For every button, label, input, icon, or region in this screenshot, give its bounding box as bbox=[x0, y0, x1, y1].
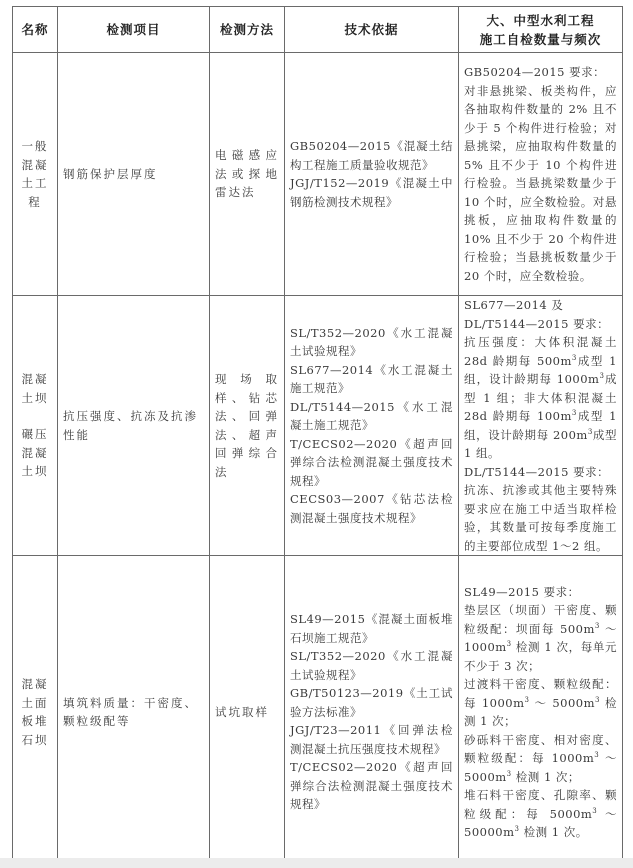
cell-technical-basis: SL/T352—2020《水工混凝土试验规程》 SL677—2014《水工混凝土… bbox=[285, 296, 459, 556]
table-row: 混凝 土坝 碾压 混凝 土坝 抗压强度、抗冻及抗渗性能 现场取样、钻芯法、回弹法… bbox=[13, 296, 623, 556]
cell-name: 混凝 土坝 碾压 混凝 土坝 bbox=[13, 296, 58, 556]
cell-technical-basis: SL49—2015《混凝土面板堆石坝施工规范》 SL/T352—2020《水工混… bbox=[285, 556, 459, 868]
header-frequency-line1: 大、中型水利工程 bbox=[464, 11, 617, 30]
cell-frequency: GB50204—2015 要求： 对非悬挑梁、板类构件，应各抽取构件数量的 2%… bbox=[459, 53, 623, 296]
cell-test-method: 电磁感应法或探地雷达法 bbox=[210, 53, 285, 296]
header-frequency-line2: 施工自检数量与频次 bbox=[464, 30, 617, 49]
cell-test-item: 抗压强度、抗冻及抗渗性能 bbox=[58, 296, 210, 556]
cell-technical-basis: GB50204—2015《混凝土结构工程施工质量验收规范》 JGJ/T152—2… bbox=[285, 53, 459, 296]
cell-test-item: 钢筋保护层厚度 bbox=[58, 53, 210, 296]
cell-frequency: SL49—2015 要求： 垫层区（坝面）干密度、颗粒级配：坝面每 500m3 … bbox=[459, 556, 623, 868]
header-technical-basis: 技术依据 bbox=[285, 7, 459, 53]
page-bottom-band bbox=[0, 858, 633, 868]
table-row: 混凝 土面 板堆 石坝 填筑料质量：干密度、颗粒级配等 试坑取样 SL49—20… bbox=[13, 556, 623, 868]
header-frequency: 大、中型水利工程 施工自检数量与频次 bbox=[459, 7, 623, 53]
cell-test-method: 现场取样、钻芯法、回弹法、超声回弹综合法 bbox=[210, 296, 285, 556]
table-row: 一般 混凝 土工 程 钢筋保护层厚度 电磁感应法或探地雷达法 GB50204—2… bbox=[13, 53, 623, 296]
cell-name: 混凝 土面 板堆 石坝 bbox=[13, 556, 58, 868]
inspection-table: 名称 检测项目 检测方法 技术依据 大、中型水利工程 施工自检数量与频次 一般 … bbox=[12, 6, 623, 868]
header-name: 名称 bbox=[13, 7, 58, 53]
cell-name: 一般 混凝 土工 程 bbox=[13, 53, 58, 296]
cell-test-item: 填筑料质量：干密度、颗粒级配等 bbox=[58, 556, 210, 868]
document-page: 名称 检测项目 检测方法 技术依据 大、中型水利工程 施工自检数量与频次 一般 … bbox=[0, 0, 633, 858]
header-test-method: 检测方法 bbox=[210, 7, 285, 53]
header-test-item: 检测项目 bbox=[58, 7, 210, 53]
cell-test-method: 试坑取样 bbox=[210, 556, 285, 868]
table-header-row: 名称 检测项目 检测方法 技术依据 大、中型水利工程 施工自检数量与频次 bbox=[13, 7, 623, 53]
cell-frequency: SL677—2014 及 DL/T5144—2015 要求： 抗压强度：大体积混… bbox=[459, 296, 623, 556]
